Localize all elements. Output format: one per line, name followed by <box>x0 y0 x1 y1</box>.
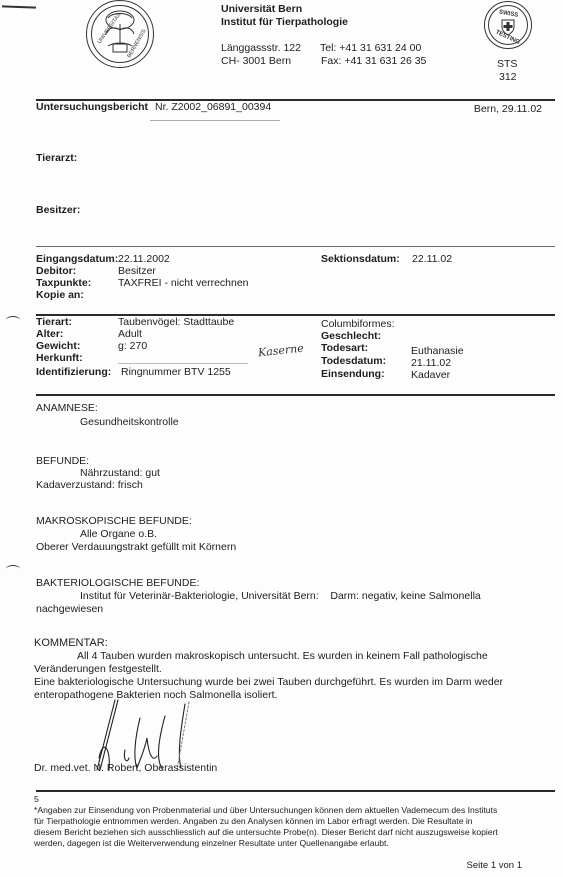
besitzer-label: Besitzer: <box>36 204 80 216</box>
debitor-value: Besitzer <box>118 265 156 277</box>
makro-line: Oberer Verdauungstrakt gefüllt mit Körne… <box>36 541 236 553</box>
punch-hole-mark <box>6 316 20 324</box>
columbiformes-label: Columbiformes: <box>321 318 395 330</box>
eingangsdatum-value: 22.11.2002 <box>118 253 170 265</box>
makro-line: Alle Organe o.B. <box>80 528 157 540</box>
kopie-label: Kopie an: <box>36 289 84 301</box>
bakt-title: BAKTERIOLOGISCHE BEFUNDE: <box>36 577 199 589</box>
signatory-name: Dr. med.vet. N. Robert, Oberassistentin <box>34 762 217 774</box>
einsendung-value: Kadaver <box>411 369 450 381</box>
divider <box>150 120 280 121</box>
footer-code: 5 <box>34 794 39 805</box>
todesart-value: Euthanasie <box>411 345 464 357</box>
eingangsdatum-label: Eingangsdatum: <box>36 253 118 265</box>
university-seal-icon: UNIVERSITAS BERNENSIS <box>86 0 154 68</box>
sts-number: 312 <box>499 71 517 83</box>
address-street: Länggassstr. 122 <box>221 42 301 54</box>
svg-text:SWISS: SWISS <box>498 9 518 18</box>
institute-name: Institut für Tierpathologie <box>221 16 348 28</box>
alter-label: Alter: <box>36 328 63 340</box>
alter-value: Adult <box>118 328 142 340</box>
divider <box>36 394 555 396</box>
swiss-testing-seal-icon: SWISS TESTING <box>484 1 532 49</box>
bakt-line: nachgewiesen <box>36 603 103 615</box>
footer-note-line: werden, dagegen ist die Weiterverwendung… <box>34 838 389 849</box>
phone-number: Tel: +41 31 631 24 00 <box>320 42 421 54</box>
footer-note-line: *Angaben zur Einsendung von Probenmateri… <box>34 805 497 816</box>
anamnese-title: ANAMNESE: <box>36 402 98 414</box>
report-place-date: Bern, 29.11.02 <box>474 103 542 115</box>
svg-text:BERNENSIS: BERNENSIS <box>127 28 148 59</box>
identifizierung-value: Ringnummer BTV 1255 <box>121 366 231 378</box>
report-number: Nr. Z2002_06891_00394 <box>155 101 271 113</box>
makro-title: MAKROSKOPISCHE BEFUNDE: <box>36 515 192 527</box>
taxpunkte-label: Taxpunkte: <box>36 277 91 289</box>
footer-note-line: für Tierpathologie entnommen werden. Ang… <box>34 816 473 827</box>
tierart-value: Taubenvögel: Stadttaube <box>118 316 234 328</box>
punch-hole-mark <box>6 565 20 573</box>
befunde-line: Kadaverzustand: frisch <box>36 479 143 491</box>
geschlecht-label: Geschlecht: <box>321 330 381 342</box>
fax-number: Fax: +41 31 631 26 35 <box>321 55 426 67</box>
kommentar-line: Eine bakteriologische Untersuchung wurde… <box>34 676 503 688</box>
report-title: Untersuchungsbericht <box>36 101 148 113</box>
address-city: CH- 3001 Bern <box>221 55 291 67</box>
befunde-line: Nährzustand: gut <box>80 467 160 479</box>
divider <box>36 790 555 792</box>
divider <box>36 246 555 247</box>
svg-text:TESTING: TESTING <box>494 29 520 46</box>
bakt-line: Institut für Veterinär-Bakteriologie, Un… <box>80 590 481 602</box>
gewicht-label: Gewicht: <box>36 340 80 352</box>
todesart-label: Todesart: <box>321 342 368 354</box>
sektionsdatum-value: 22.11.02 <box>412 253 452 265</box>
divider <box>36 314 555 316</box>
university-name: Universität Bern <box>221 3 302 15</box>
todesdatum-label: Todesdatum: <box>321 355 386 367</box>
handwritten-note: Kaserne <box>257 342 304 360</box>
einsendung-label: Einsendung: <box>321 368 385 380</box>
herkunft-label: Herkunft: <box>36 352 83 364</box>
tierarzt-label: Tierarzt: <box>36 152 77 164</box>
debitor-label: Debitor: <box>36 265 76 277</box>
sektionsdatum-label: Sektionsdatum: <box>321 253 400 265</box>
todesdatum-value: 21.11.02 <box>411 357 451 369</box>
tierart-label: Tierart: <box>36 316 72 328</box>
taxpunkte-value: TAXFREI - nicht verrechnen <box>118 277 249 289</box>
sts-label: STS <box>497 58 517 70</box>
gewicht-value: g: 270 <box>118 340 147 352</box>
befunde-title: BEFUNDE: <box>36 455 89 467</box>
anamnese-text: Gesundheitskontrolle <box>80 416 179 428</box>
kommentar-line: All 4 Tauben wurden makroskopisch unters… <box>77 650 488 662</box>
page-number: Seite 1 von 1 <box>467 860 522 871</box>
divider <box>118 363 248 364</box>
identifizierung-label: Identifizierung: <box>36 366 111 378</box>
kommentar-title: KOMMENTAR: <box>34 637 108 649</box>
scan-mark <box>2 5 36 8</box>
kommentar-line: Veränderungen festgestellt. <box>34 663 162 675</box>
footer-note-line: diesem Bericht beziehen sich ausschliess… <box>34 827 498 838</box>
